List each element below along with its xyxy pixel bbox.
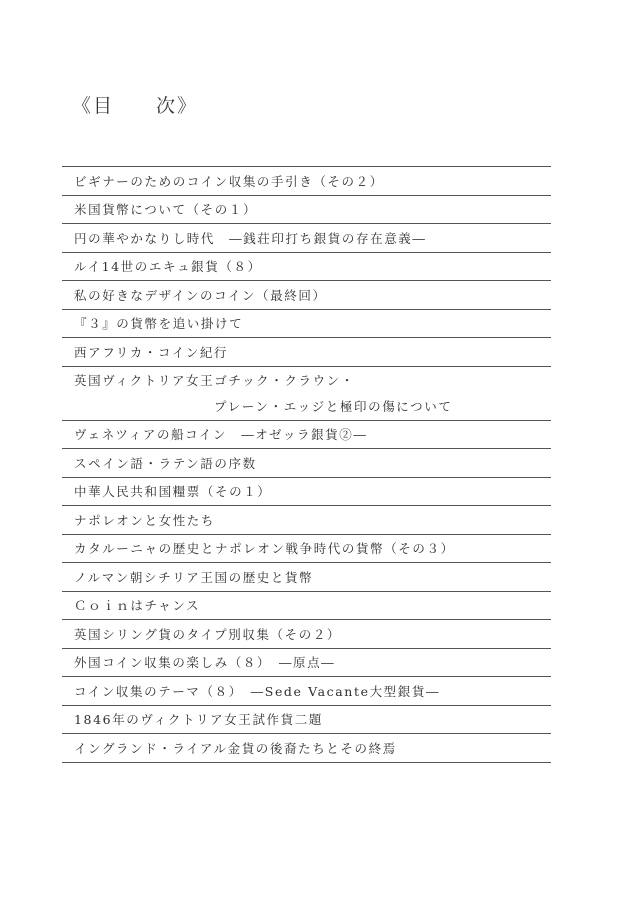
toc-entry-title: カタルーニャの歴史とナポレオン戦争時代の貨幣（その３） [74, 539, 551, 557]
toc-entry: 外国コイン収集の楽しみ（８） ―原点― [62, 649, 551, 678]
toc-entry: コイン収集のテーマ（８） ―Sede Vacante大型銀貨― [62, 677, 551, 706]
toc-entry-title: イングランド・ライアル金貨の後裔たちとその終焉 [74, 739, 551, 757]
toc-entry: ビギナーのためのコイン収集の手引き（その２） [62, 167, 551, 196]
toc-entry-title: 西アフリカ・コイン紀行 [74, 343, 551, 361]
toc-entry: ヴェネツィアの船コイン ―オゼッラ銀貨②― [62, 421, 551, 450]
toc-entry: 英国ヴィクトリア女王ゴチック・クラウン・ プレーン・エッジと極印の傷について [62, 367, 551, 421]
toc-entry-title: 円の華やかなりし時代 ―銭荘印打ち銀貨の存在意義― [74, 229, 551, 247]
toc-entry: 私の好きなデザインのコイン（最終回） [62, 281, 551, 310]
page-title: 《目 次》 [72, 91, 198, 118]
toc-entry: 『３』の貨幣を追い掛けて [62, 310, 551, 339]
toc-entry: 西アフリカ・コイン紀行 [62, 338, 551, 367]
toc-entry-title: ノルマン朝シチリア王国の歴史と貨幣 [74, 568, 551, 586]
toc-entry-title: Ｃｏｉｎはチャンス [74, 596, 551, 614]
toc-entry: ナポレオンと女性たち [62, 506, 551, 535]
toc-entry: カタルーニャの歴史とナポレオン戦争時代の貨幣（その３） [62, 535, 551, 564]
toc-entry-title: スペイン語・ラテン語の序数 [74, 454, 551, 472]
toc-entry: 1846年のヴィクトリア女王試作貨二題 [62, 706, 551, 735]
toc-entry: 中華人民共和国糧票（その１） [62, 478, 551, 507]
toc-entry-title: 英国ヴィクトリア女王ゴチック・クラウン・ [74, 371, 551, 389]
toc-entry-title: 英国シリング貨のタイプ別収集（その２） [74, 625, 551, 643]
toc-entry: ルイ14世のエキュ銀貨（８） [62, 253, 551, 282]
toc-entry: 円の華やかなりし時代 ―銭荘印打ち銀貨の存在意義― [62, 224, 551, 253]
toc-entry-title: ナポレオンと女性たち [74, 511, 551, 529]
toc-entry-title: ルイ14世のエキュ銀貨（８） [74, 257, 551, 275]
toc-entry-title: 中華人民共和国糧票（その１） [74, 482, 551, 500]
toc-entry: 米国貨幣について（その１） [62, 196, 551, 225]
toc-entry-title: コイン収集のテーマ（８） ―Sede Vacante大型銀貨― [74, 682, 551, 700]
toc-entry: Ｃｏｉｎはチャンス [62, 592, 551, 621]
toc-entry: イングランド・ライアル金貨の後裔たちとその終焉 [62, 734, 551, 763]
toc-entry-title: 米国貨幣について（その１） [74, 200, 551, 218]
toc-entry: ノルマン朝シチリア王国の歴史と貨幣 [62, 563, 551, 592]
toc-entry-title: 『３』の貨幣を追い掛けて [74, 314, 551, 332]
toc-entry: スペイン語・ラテン語の序数 [62, 449, 551, 478]
toc-entry-title: ヴェネツィアの船コイン ―オゼッラ銀貨②― [74, 425, 551, 443]
toc-entry-title-continued: プレーン・エッジと極印の傷について [74, 397, 551, 415]
toc-entry-title: 1846年のヴィクトリア女王試作貨二題 [74, 710, 551, 728]
toc-entry-title: ビギナーのためのコイン収集の手引き（その２） [74, 172, 551, 190]
table-of-contents: ビギナーのためのコイン収集の手引き（その２） 米国貨幣について（その１） 円の華… [62, 166, 551, 763]
toc-entry-title: 私の好きなデザインのコイン（最終回） [74, 286, 551, 304]
toc-entry-title: 外国コイン収集の楽しみ（８） ―原点― [74, 653, 551, 671]
toc-entry: 英国シリング貨のタイプ別収集（その２） [62, 620, 551, 649]
